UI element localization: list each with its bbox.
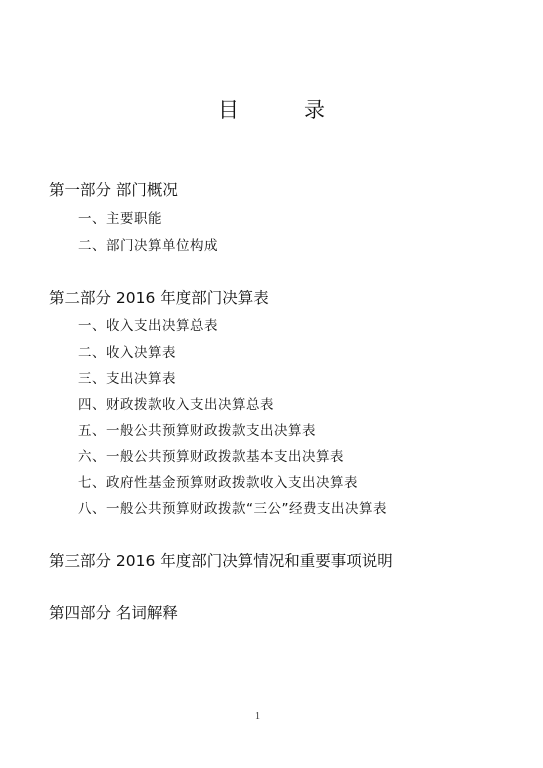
toc-item: 一、收入支出决算总表 bbox=[78, 314, 218, 334]
toc-item: 一、主要职能 bbox=[78, 207, 162, 227]
toc-item: 三、支出决算表 bbox=[78, 367, 176, 387]
toc-part-3: 第三部分 2016 年度部门决算情况和重要事项说明 bbox=[49, 549, 393, 571]
toc-part-2: 第二部分 2016 年度部门决算表 bbox=[49, 286, 269, 308]
toc-item: 八、一般公共预算财政拨款“三公”经费支出决算表 bbox=[78, 497, 387, 517]
toc-item: 四、财政拨款收入支出决算总表 bbox=[78, 393, 274, 413]
toc-title: 目 录 bbox=[0, 94, 543, 124]
toc-item: 七、政府性基金预算财政拨款收入支出决算表 bbox=[78, 471, 358, 491]
toc-item: 五、一般公共预算财政拨款支出决算表 bbox=[78, 419, 316, 439]
page-number: 1 bbox=[0, 711, 515, 722]
toc-part-1: 第一部分 部门概况 bbox=[49, 178, 178, 200]
toc-part-4: 第四部分 名词解释 bbox=[49, 601, 178, 623]
toc-item: 二、部门决算单位构成 bbox=[78, 234, 218, 254]
toc-item: 六、一般公共预算财政拨款基本支出决算表 bbox=[78, 445, 344, 465]
toc-item: 二、收入决算表 bbox=[78, 341, 176, 361]
